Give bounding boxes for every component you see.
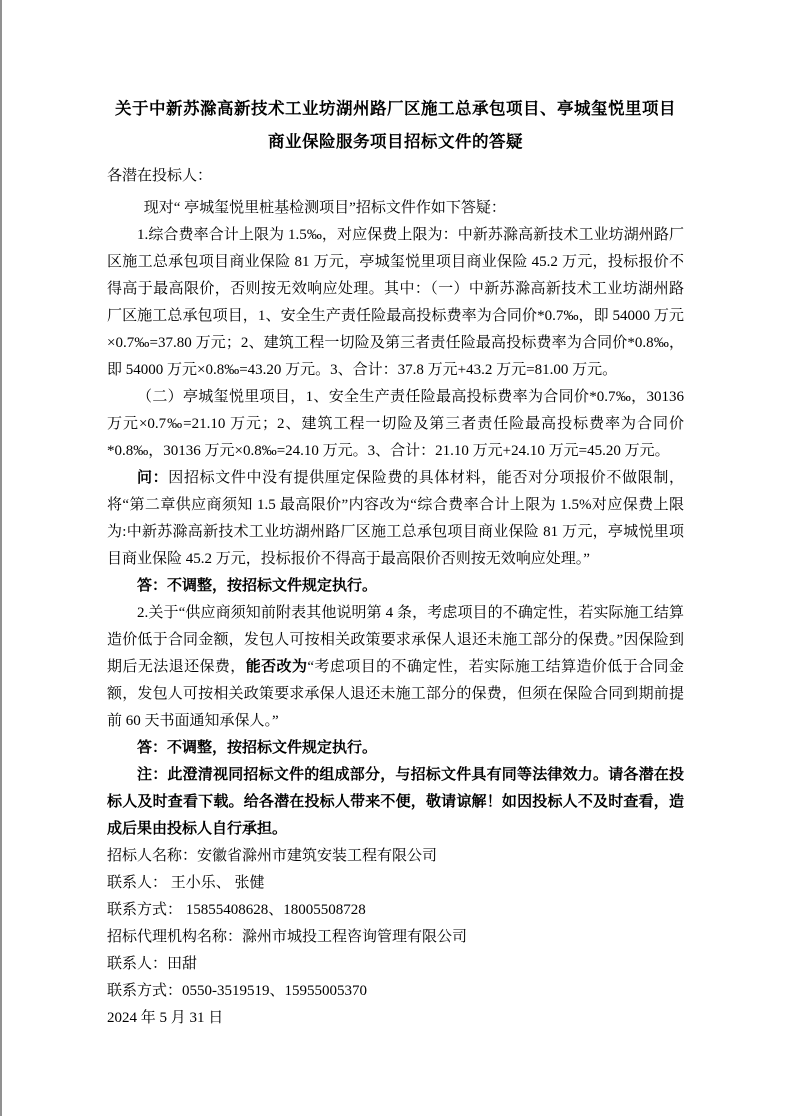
agency-name-line: 招标代理机构名称：滁州市城投工程咨询管理有限公司 [107,924,684,951]
legal-note: 注：此澄清视同招标文件的组成部分，与招标文件具有同等法律效力。请各潜在投标人及时… [107,762,684,843]
tenderer-name-line: 招标人名称：安徽省滁州市建筑安装工程有限公司 [107,843,684,870]
clarification-intro: 现对“ 亭城玺悦里桩基检测项目”招标文件作如下答疑： [107,195,684,222]
question-2-emphasis: 能否改为 [246,659,308,675]
contact-info-block: 招标人名称：安徽省滁州市建筑安装工程有限公司 联系人： 王小乐、 张健 联系方式… [107,843,684,1032]
date-line: 2024 年 5 月 31 日 [107,1005,684,1032]
salutation: 各潜在投标人： [107,163,684,190]
clarification-item-2: （二）亭城玺悦里项目，1、安全生产责任险最高投标费率为合同价*0.7‰，3013… [107,384,684,465]
agency-contact-line: 联系人：田甜 [107,951,684,978]
question-1-text: 因招标文件中没有提供厘定保险费的具体材料，能否对分项报价不做限制，将“第二章供应… [107,470,684,567]
tenderer-contact-line: 联系人： 王小乐、 张健 [107,870,684,897]
document-title: 关于中新苏滁高新技术工业坊湖州路厂区施工总承包项目、亭城玺悦里项目商业保险服务项… [107,92,684,158]
document-page: 关于中新苏滁高新技术工业坊湖州路厂区施工总承包项目、亭城玺悦里项目商业保险服务项… [0,0,791,1116]
page-left-edge-line [0,0,2,1116]
clarification-item-1: 1.综合费率合计上限为 1.5‰，对应保费上限为：中新苏滁高新技术工业坊湖州路厂… [107,222,684,384]
question-1-label: 问： [137,470,168,486]
question-1: 问：因招标文件中没有提供厘定保险费的具体材料，能否对分项报价不做限制，将“第二章… [107,465,684,573]
agency-phone-line: 联系方式：0550-3519519、15955005370 [107,978,684,1005]
answer-1: 答：不调整，按招标文件规定执行。 [107,573,684,600]
answer-2: 答：不调整，按招标文件规定执行。 [107,735,684,762]
tenderer-phone-line: 联系方式： 15855408628、18005508728 [107,897,684,924]
question-2: 2.关于“供应商须知前附表其他说明第 4 条，考虑项目的不确定性，若实际施工结算… [107,600,684,735]
